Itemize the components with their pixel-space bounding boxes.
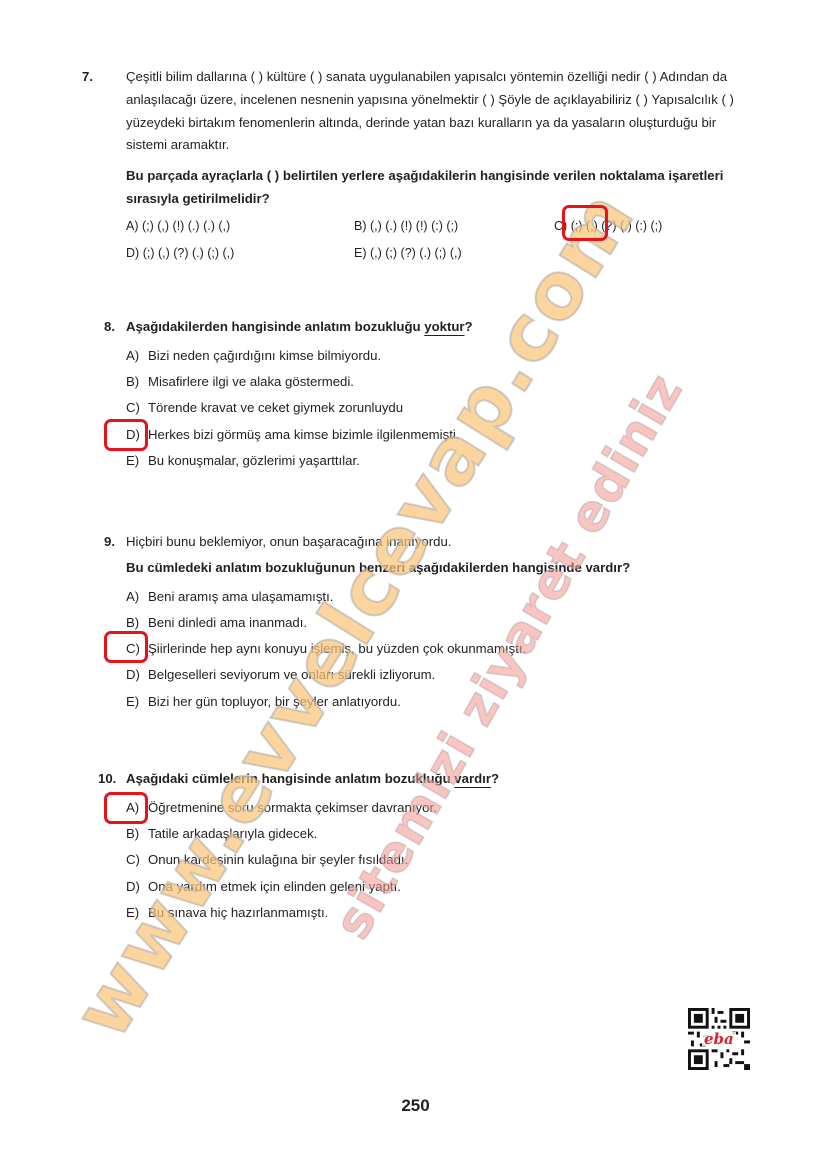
- option-d[interactable]: D)Belgeselleri seviyorum ve onları sürek…: [126, 662, 752, 688]
- option-e[interactable]: E)Bizi her gün topluyor, bir şeyler anla…: [126, 689, 752, 715]
- answer-mark-q10: [104, 792, 148, 824]
- answer-mark-q7: [562, 205, 608, 241]
- underlined-keyword: yoktur: [424, 319, 464, 334]
- question-number: 7.: [104, 66, 126, 89]
- question-prompt: Bu parçada ayraçlarla ( ) belirtilen yer…: [104, 165, 752, 211]
- answer-mark-q9: [104, 631, 148, 663]
- answer-mark-q8: [104, 419, 148, 451]
- options-list: A)Bizi neden çağırdığını kimse bilmiyord…: [104, 343, 752, 474]
- option-a[interactable]: A) (;) (,) (!) (.) (.) (,): [126, 215, 230, 238]
- question-number: 9.: [104, 531, 126, 554]
- option-d[interactable]: D) (;) (,) (?) (.) (;) (,): [126, 242, 234, 265]
- eba-logo: eba: [702, 1032, 736, 1046]
- options-list: A)Beni aramış ama ulaşamamıştı. B)Beni d…: [104, 584, 752, 715]
- option-a[interactable]: A)Öğretmenine soru sormakta çekimser dav…: [126, 795, 746, 821]
- option-b[interactable]: B)Tatile arkadaşlarıyla gidecek.: [126, 821, 746, 847]
- underlined-keyword: vardır: [454, 771, 491, 786]
- qr-code[interactable]: eba: [688, 1008, 750, 1070]
- option-e[interactable]: E)Bu sınava hiç hazırlanmamıştı.: [126, 900, 746, 926]
- option-a[interactable]: A)Bizi neden çağırdığını kimse bilmiyord…: [126, 343, 752, 369]
- question-number: 8.: [104, 316, 126, 339]
- question-stem: Çeşitli bilim dallarına ( ) kültüre ( ) …: [126, 69, 734, 152]
- question-7: 7.Çeşitli bilim dallarına ( ) kültüre ( …: [104, 66, 752, 271]
- question-number: 10.: [98, 768, 126, 791]
- option-a[interactable]: A)Beni aramış ama ulaşamamıştı.: [126, 584, 752, 610]
- option-c[interactable]: C)Onun kardeşinin kulağına bir şeyler fı…: [126, 847, 746, 873]
- options-list: A)Öğretmenine soru sormakta çekimser dav…: [98, 795, 746, 926]
- options-grid: A) (;) (,) (!) (.) (.) (,) B) (,) (.) (!…: [126, 215, 752, 271]
- question-stem: Hiçbiri bunu beklemiyor, onun başaracağı…: [126, 534, 452, 549]
- textbook-page: 7.Çeşitli bilim dallarına ( ) kültüre ( …: [0, 0, 831, 1164]
- question-10: 10.Aşağıdaki cümlelerin hangisinde anlat…: [98, 768, 746, 926]
- option-b[interactable]: B) (,) (.) (!) (!) (:) (;): [354, 215, 458, 238]
- option-d[interactable]: D)Herkes bizi görmüş ama kimse bizimle i…: [126, 422, 752, 448]
- page-number: 250: [0, 1096, 831, 1116]
- question-9: 9.Hiçbiri bunu beklemiyor, onun başaraca…: [104, 531, 752, 715]
- option-e[interactable]: E)Bu konuşmalar, gözlerimi yaşarttılar.: [126, 448, 752, 474]
- option-e[interactable]: E) (,) (;) (?) (.) (;) (,): [354, 242, 462, 265]
- question-prompt: Bu cümledeki anlatım bozukluğunun benzer…: [104, 557, 752, 580]
- question-8: 8.Aşağıdakilerden hangisinde anlatım boz…: [104, 316, 752, 474]
- option-c[interactable]: C)Şiirlerinde hep aynı konuyu işlemiş, b…: [126, 636, 752, 662]
- option-b[interactable]: B)Misafirlere ilgi ve alaka göstermedi.: [126, 369, 752, 395]
- option-b[interactable]: B)Beni dinledi ama inanmadı.: [126, 610, 752, 636]
- option-d[interactable]: D)Ona yardım etmek için elinden geleni y…: [126, 874, 746, 900]
- option-c[interactable]: C)Törende kravat ve ceket giymek zorunlu…: [126, 395, 752, 421]
- question-prompt: Aşağıdakilerden hangisinde anlatım bozuk…: [126, 319, 473, 334]
- question-prompt: Aşağıdaki cümlelerin hangisinde anlatım …: [126, 771, 499, 786]
